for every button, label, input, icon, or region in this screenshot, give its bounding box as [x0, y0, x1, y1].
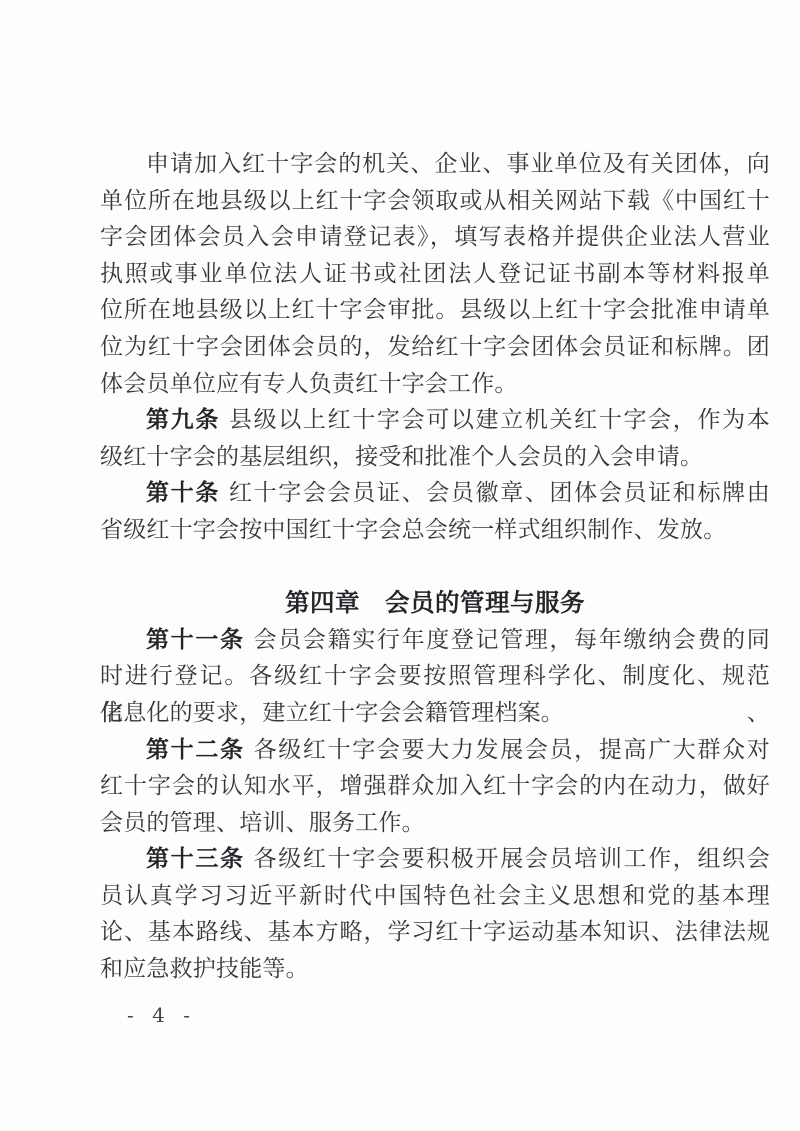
text-line: 位所在地县级以上红十字会审批。县级以上红十字会批准申请单: [100, 292, 770, 329]
text-line: 单位所在地县级以上红十字会领取或从相关网站下载《中国红十: [100, 183, 770, 220]
text-line: 第十二条 各级红十字会要大力发展会员，提高广大群众对: [100, 732, 770, 769]
text-line: 会员的管理、培训、服务工作。: [100, 805, 770, 842]
text-segment: 各级红十字会要积极开展会员培训工作，组织会: [245, 846, 770, 872]
text-segment: 位为红十字会团体会员的，发给红十字会团体会员证和标牌。团: [100, 334, 770, 360]
paragraph: 第九条 县级以上红十字会可以建立机关红十字会，作为本级红十字会的基层组织，接受和…: [100, 402, 770, 475]
text-line: 第十条 红十字会会员证、会员徽章、团体会员证和标牌由: [100, 475, 770, 512]
article-number: 第十二条: [146, 737, 245, 763]
text-segment: 体会员单位应有专人负责红十字会工作。: [100, 371, 518, 397]
page-number: - 4 -: [127, 1003, 196, 1027]
paragraph: 第十一条 会员会籍实行年度登记管理，每年缴纳会费的同时进行登记。各级红十字会要按…: [100, 622, 770, 732]
document-page: 申请加入红十字会的机关、企业、事业单位及有关团体，向单位所在地县级以上红十字会领…: [0, 0, 800, 1131]
text-segment: 和应急救护技能等。: [100, 956, 309, 982]
text-segment: 位所在地县级以上红十字会审批。县级以上红十字会批准申请单: [100, 297, 770, 323]
text-line: 字会团体会员入会申请登记表》，填写表格并提供企业法人营业: [100, 219, 770, 256]
text-segment: 级红十字会的基层组织，接受和批准个人会员的入会申请。: [100, 444, 703, 470]
text-line: 第九条 县级以上红十字会可以建立机关红十字会，作为本: [100, 402, 770, 439]
text-line: 省级红十字会按中国红十字会总会统一样式组织制作、发放。: [100, 512, 770, 549]
text-line: 员认真学习习近平新时代中国特色社会主义思想和党的基本理: [100, 878, 770, 915]
article-number: 第十一条: [146, 627, 245, 653]
text-segment: 执照或事业单位法人证书或社团法人登记证书副本等材料报单: [100, 261, 770, 287]
text-segment: 员认真学习习近平新时代中国特色社会主义思想和党的基本理: [100, 883, 770, 909]
text-segment: 单位所在地县级以上红十字会领取或从相关网站下载《中国红十: [100, 188, 770, 214]
article-number: 第九条: [146, 407, 220, 433]
paragraph: 申请加入红十字会的机关、企业、事业单位及有关团体，向单位所在地县级以上红十字会领…: [100, 146, 770, 402]
text-segment: 信息化的要求，建立红十字会会籍管理档案。: [100, 700, 564, 726]
text-line: 申请加入红十字会的机关、企业、事业单位及有关团体，向: [100, 146, 770, 183]
paragraph: 第十条 红十字会会员证、会员徽章、团体会员证和标牌由省级红十字会按中国红十字会总…: [100, 475, 770, 548]
text-segment: 会员会籍实行年度登记管理，每年缴纳会费的同: [245, 627, 770, 653]
text-line: 执照或事业单位法人证书或社团法人登记证书副本等材料报单: [100, 256, 770, 293]
text-segment: 会员的管理、培训、服务工作。: [100, 810, 425, 836]
text-segment: 各级红十字会要大力发展会员，提高广大群众对: [245, 737, 770, 763]
text-line: 红十字会的认知水平，增强群众加入红十字会的内在动力，做好: [100, 768, 770, 805]
article-number: 第十三条: [146, 846, 245, 872]
article-number: 第十条: [146, 480, 220, 506]
text-line: 级红十字会的基层组织，接受和批准个人会员的入会申请。: [100, 439, 770, 476]
text-line: 论、基本路线、基本方略，学习红十字运动基本知识、法律法规: [100, 914, 770, 951]
paragraph: 第十三条 各级红十字会要积极开展会员培训工作，组织会员认真学习习近平新时代中国特…: [100, 841, 770, 987]
text-line: 时进行登记。各级红十字会要按照管理科学化、制度化、规范化、: [100, 658, 770, 695]
text-segment: 红十字会会员证、会员徽章、团体会员证和标牌由: [220, 480, 770, 506]
text-segment: 论、基本路线、基本方略，学习红十字运动基本知识、法律法规: [100, 919, 770, 945]
text-segment: 县级以上红十字会可以建立机关红十字会，作为本: [220, 407, 770, 433]
text-line: 第十三条 各级红十字会要积极开展会员培训工作，组织会: [100, 841, 770, 878]
text-segment: 省级红十字会按中国红十字会总会统一样式组织制作、发放。: [100, 517, 726, 543]
text-segment: 申请加入红十字会的机关、企业、事业单位及有关团体，向: [146, 151, 770, 177]
paragraph: 第十二条 各级红十字会要大力发展会员，提高广大群众对红十字会的认知水平，增强群众…: [100, 732, 770, 842]
text-line: 位为红十字会团体会员的，发给红十字会团体会员证和标牌。团: [100, 329, 770, 366]
text-line: 第十一条 会员会籍实行年度登记管理，每年缴纳会费的同: [100, 622, 770, 659]
text-segment: 红十字会的认知水平，增强群众加入红十字会的内在动力，做好: [100, 773, 770, 799]
text-line: 和应急救护技能等。: [100, 951, 770, 988]
text-line: 体会员单位应有专人负责红十字会工作。: [100, 366, 770, 403]
document-body: 申请加入红十字会的机关、企业、事业单位及有关团体，向单位所在地县级以上红十字会领…: [100, 146, 770, 988]
text-segment: 字会团体会员入会申请登记表》，填写表格并提供企业法人营业: [100, 224, 770, 250]
chapter-heading: 第四章 会员的管理与服务: [100, 585, 770, 622]
